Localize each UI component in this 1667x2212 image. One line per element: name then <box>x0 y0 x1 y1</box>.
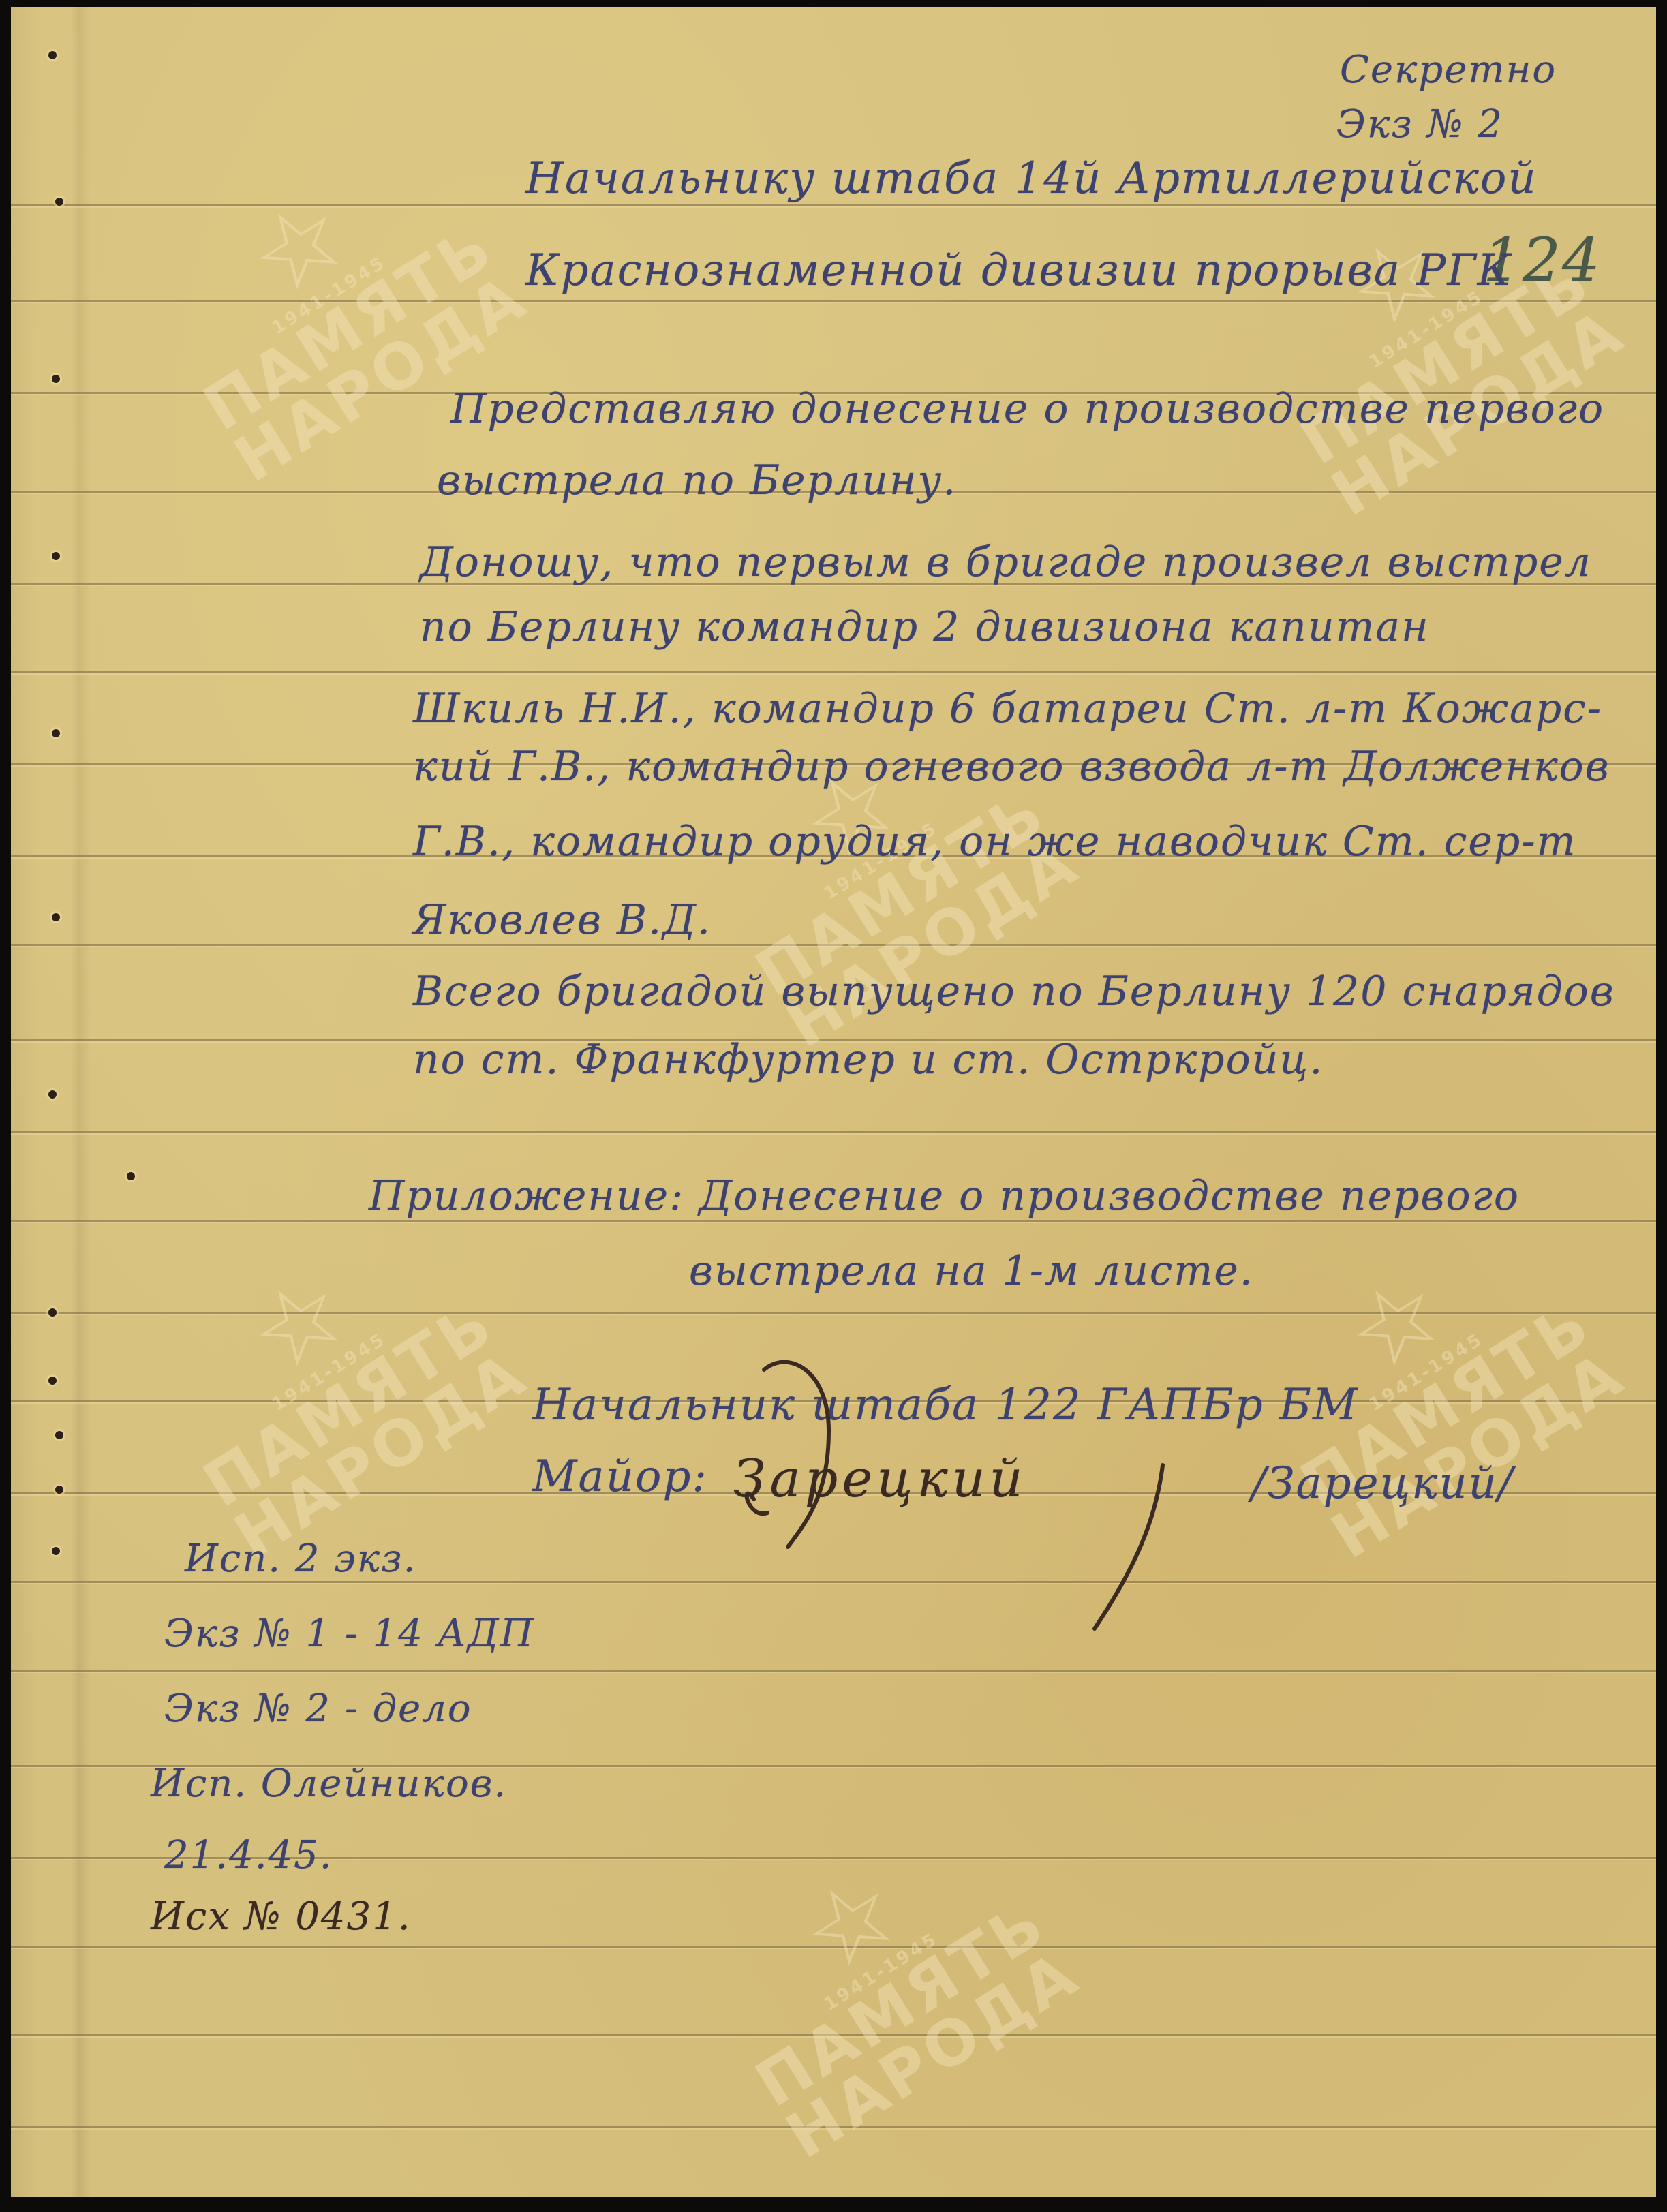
punch-hole <box>48 51 57 59</box>
body-line-1: Представляю донесение о производстве пер… <box>450 385 1604 433</box>
ruled-line <box>11 1670 1656 1672</box>
punch-hole <box>48 1090 57 1099</box>
punch-hole <box>52 913 60 921</box>
punch-hole <box>52 375 60 383</box>
footer-date: 21.4.45. <box>164 1833 333 1877</box>
attachment-line-2: выстрела на 1-м листе. <box>689 1247 1254 1295</box>
document-sheet: ☆ 1941-1945 ПАМЯТЬ НАРОДА ☆ 1941-1945 ПА… <box>11 7 1656 2197</box>
footer-copy-1: Экз № 1 - 14 АДП <box>164 1612 534 1656</box>
body-line-10: по ст. Франкфуртер и ст. Остркройц. <box>413 1036 1324 1084</box>
footer-outgoing-number: Исх № 0431. <box>151 1894 412 1939</box>
watermark: ☆ 1941-1945 ПАМЯТЬ НАРОДА <box>134 119 536 491</box>
footer-executor: Исп. Олейников. <box>151 1762 507 1806</box>
footer-copy-2: Экз № 2 - дело <box>164 1687 472 1731</box>
handwritten-signature: Зарецкий <box>733 1448 1027 1509</box>
attachment-line-1: Приложение: Донесение о производстве пер… <box>369 1172 1520 1220</box>
ruled-line <box>11 671 1656 673</box>
watermark: ☆ 1941-1945 ПАМЯТЬ НАРОДА <box>686 1795 1088 2167</box>
body-line-4: по Берлину командир 2 дивизиона капитан <box>420 603 1430 651</box>
body-line-7: Г.В., командир орудия, он же наводчик Ст… <box>413 818 1577 865</box>
body-line-8: Яковлев В.Д. <box>413 896 712 944</box>
ruled-line <box>11 1581 1656 1583</box>
body-line-3: Доношу, что первым в бригаде произвел вы… <box>420 538 1592 586</box>
signature-title: Начальник штаба 122 ГАПБр БМ <box>532 1380 1359 1430</box>
punch-hole <box>48 1308 57 1317</box>
punch-hole <box>52 1547 60 1555</box>
watermark: ☆ 1941-1945 ПАМЯТЬ НАРОДА <box>134 1195 536 1567</box>
punch-hole <box>127 1172 135 1180</box>
punch-hole <box>48 1377 57 1385</box>
body-line-2: выстрела по Берлину. <box>437 457 957 504</box>
secret-mark: Секретно <box>1340 48 1557 92</box>
body-line-6: кий Г.В., командир огневого взвода л-т Д… <box>413 743 1610 790</box>
punch-hole <box>55 198 63 206</box>
copy-number: Экз № 2 <box>1336 102 1503 147</box>
punch-hole <box>55 1431 63 1439</box>
addressee-line-2: Краснознаменной дивизии прорыва РГК <box>525 245 1512 296</box>
punch-hole <box>55 1486 63 1494</box>
ruled-line <box>11 1131 1656 1133</box>
watermark: ☆ 1941-1945 ПАМЯТЬ НАРОДА <box>1231 153 1634 525</box>
rank-label: Майор: <box>532 1451 708 1502</box>
addressee-line-1: Начальнику штаба 14й Артиллерийской <box>525 153 1538 204</box>
ruled-line <box>11 1220 1656 1222</box>
punch-hole <box>52 729 60 737</box>
signatory-name: /Зарецкий/ <box>1251 1458 1514 1509</box>
body-line-5: Шкиль Н.И., командир 6 батареи Ст. л-т К… <box>413 685 1602 733</box>
footer-copies: Исп. 2 экз. <box>185 1537 416 1581</box>
body-line-9: Всего бригадой выпущено по Берлину 120 с… <box>413 968 1615 1015</box>
punch-hole <box>52 552 60 560</box>
